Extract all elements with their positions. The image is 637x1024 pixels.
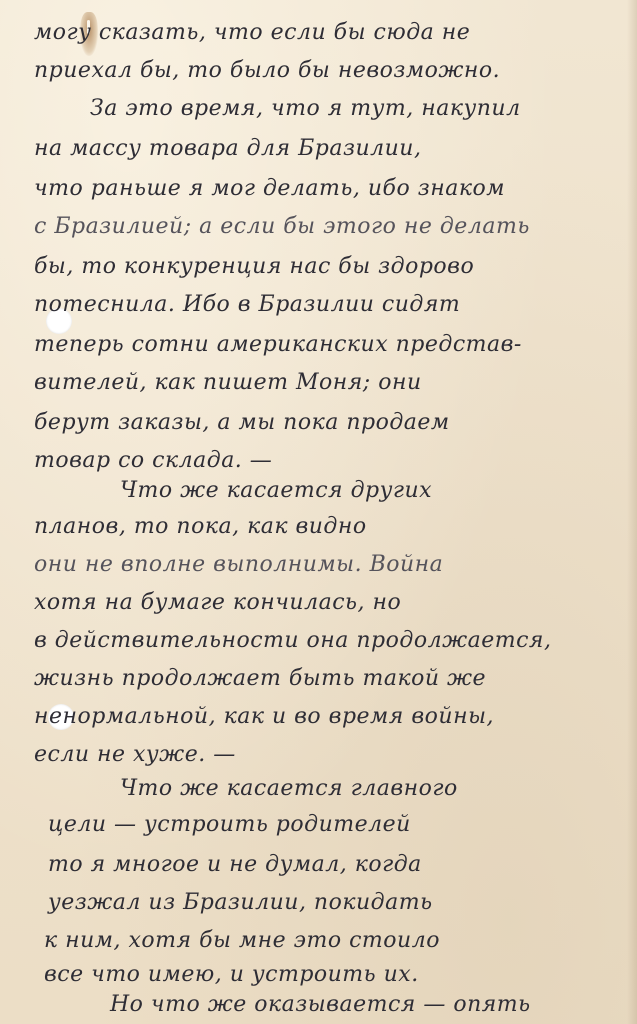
- handwritten-line-21: Что же касается главного: [120, 776, 458, 801]
- handwritten-line-3: За это время, что я тут, накупил: [90, 96, 521, 121]
- paper-edge-shadow: [627, 0, 637, 1024]
- handwritten-line-20: если не хуже. —: [34, 742, 236, 767]
- handwritten-line-6: с Бразилией; а если бы этого не делать: [34, 214, 530, 239]
- handwritten-line-9: теперь сотни американских представ-: [34, 332, 522, 357]
- handwritten-line-15: они не вполне выполнимы. Война: [34, 552, 443, 577]
- letter-page: могу сказать, что если бы сюда не приеха…: [0, 0, 637, 1024]
- handwritten-line-24: уезжал из Бразилии, покидать: [48, 890, 433, 915]
- handwritten-line-22: цели — устроить родителей: [48, 812, 411, 837]
- handwritten-line-8: потеснила. Ибо в Бразилии сидят: [34, 292, 460, 317]
- handwritten-line-26: все что имею, и устроить их.: [44, 962, 419, 987]
- handwritten-line-1: могу сказать, что если бы сюда не: [34, 20, 470, 45]
- handwritten-line-19: ненормальной, как и во время войны,: [34, 704, 494, 729]
- handwritten-line-23: то я многое и не думал, когда: [48, 852, 422, 877]
- handwritten-line-11: берут заказы, а мы пока продаем: [34, 410, 450, 435]
- handwritten-line-17: в действительности она продолжается,: [34, 628, 551, 653]
- handwritten-line-4: на массу товара для Бразилии,: [34, 136, 421, 161]
- handwritten-line-2: приехал бы, то было бы невозможно.: [34, 58, 500, 83]
- handwritten-line-7: бы, то конкуренция нас бы здорово: [34, 254, 474, 279]
- handwritten-line-16: хотя на бумаге кончилась, но: [34, 590, 401, 615]
- handwritten-line-18: жизнь продолжает быть такой же: [34, 666, 486, 691]
- handwritten-line-27: Но что же оказывается — опять: [110, 992, 531, 1017]
- handwritten-line-12: товар со склада. —: [34, 448, 272, 473]
- handwritten-line-10: вителей, как пишет Моня; они: [34, 370, 422, 395]
- handwritten-line-13: Что же касается других: [120, 478, 432, 503]
- handwritten-line-25: к ним, хотя бы мне это стоило: [44, 928, 440, 953]
- handwritten-line-5: что раньше я мог делать, ибо знаком: [34, 176, 505, 201]
- handwritten-line-14: планов, то пока, как видно: [34, 514, 367, 539]
